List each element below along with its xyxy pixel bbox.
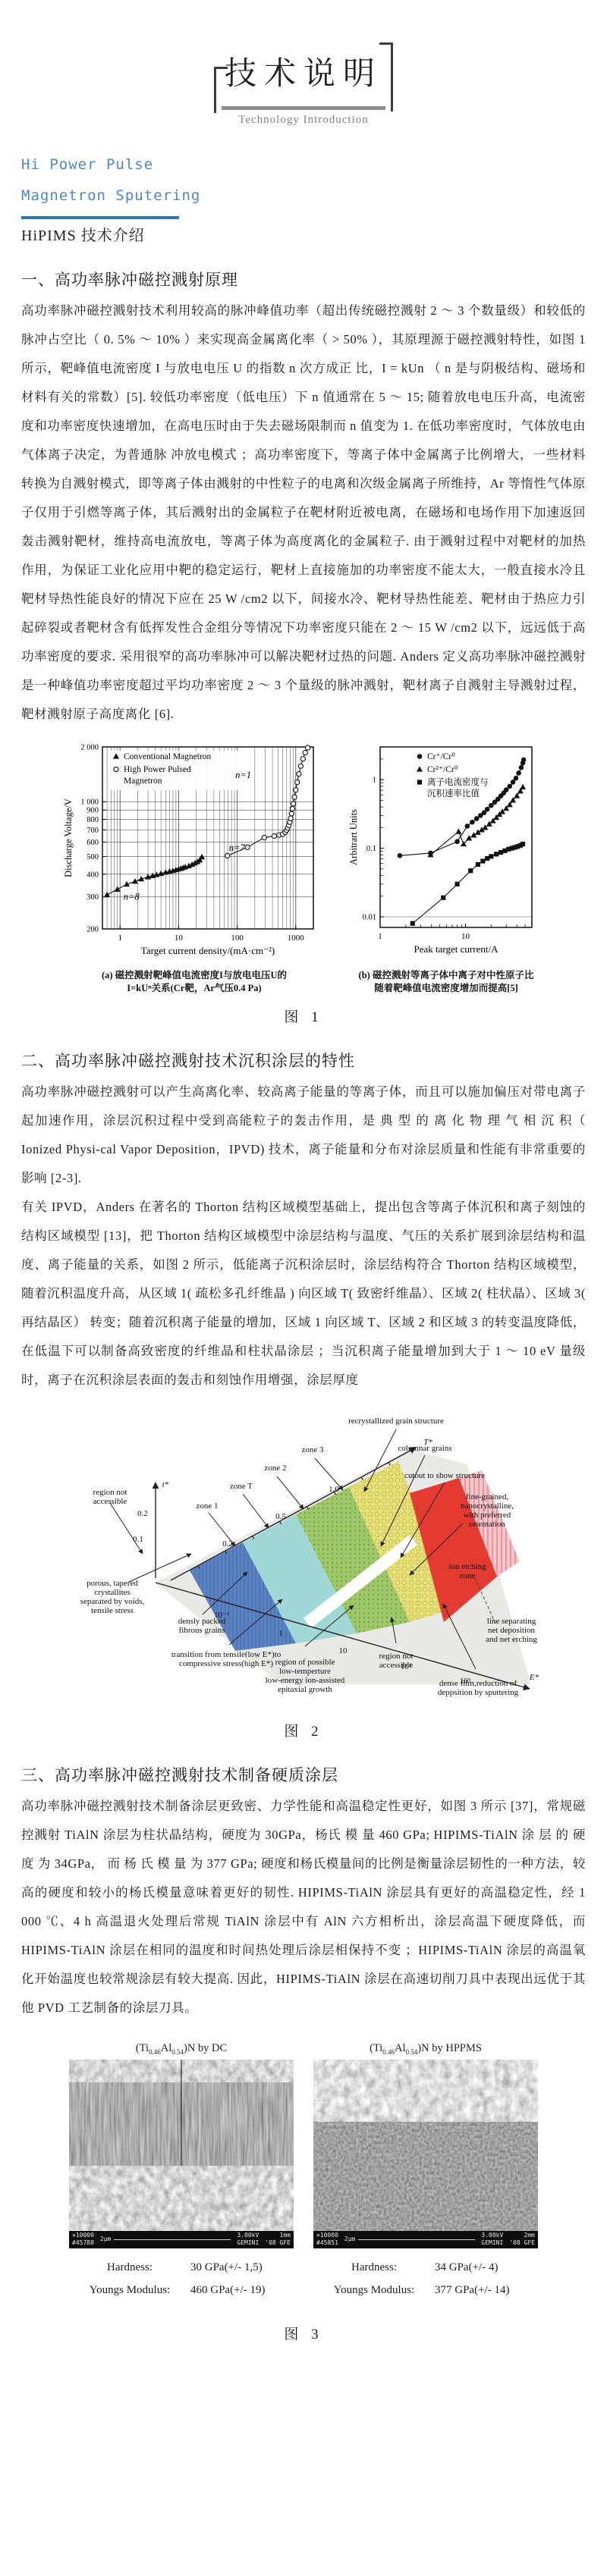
svg-text:离子电流密度与: 离子电流密度与: [427, 777, 489, 787]
svg-text:0.1: 0.1: [366, 845, 376, 853]
svg-text:zone 3: zone 3: [301, 1445, 324, 1454]
figure-1-caption: 图 1: [21, 1006, 586, 1026]
svg-text:deppsition by sputtering: deppsition by sputtering: [438, 1688, 519, 1697]
chart-a-caption-line-1: (a) 磁控溅射靶峰值电流密度I与放电电压U的: [102, 969, 287, 982]
chart-a-caption-line-2: I=kUⁿ关系(Cr靶，Ar气压0.4 Pa): [127, 982, 261, 995]
svg-text:10: 10: [461, 932, 470, 941]
svg-text:recrystallized grain structure: recrystallized grain structure: [348, 1417, 444, 1426]
sem-hppms-stats: Hardness: 34 GPa(+/- 4) Youngs Modulus: …: [313, 2256, 538, 2301]
hipims-heading: HiPIMS 技术介绍: [21, 223, 586, 245]
svg-text:zone 2: zone 2: [264, 1464, 286, 1473]
svg-text:Arbitrart Units: Arbitrart Units: [348, 809, 359, 865]
svg-text:10: 10: [175, 933, 184, 943]
svg-text:10: 10: [339, 1646, 348, 1655]
intro-line-2: Magnetron Sputering: [21, 180, 586, 212]
svg-text:0.01: 0.01: [363, 913, 376, 921]
svg-text:orientation: orientation: [469, 1520, 505, 1529]
chart-b-caption-line-1: (b) 磁控溅射等离子体中离子对中性原子比: [359, 969, 534, 982]
svg-text:2 000: 2 000: [80, 744, 99, 752]
svg-text:E*: E*: [529, 1673, 539, 1682]
sem-dc-fracture-band: [69, 2166, 294, 2231]
figure-3-panels: (Ti0.46Al0.54)N by DC: [21, 2042, 586, 2301]
svg-text:transition from tensile(low E*: transition from tensile(low E*)to: [171, 1650, 281, 1659]
intro-block: Hi Power Pulse Magnetron Sputering HiPIM…: [21, 149, 586, 245]
svg-text:1: 1: [118, 933, 122, 943]
sem-hppms-scale-label: 2μm: [344, 2236, 355, 2243]
sem-image-dc: [69, 2060, 294, 2231]
svg-text:with preferred: with preferred: [464, 1511, 511, 1520]
svg-text:200: 200: [86, 926, 99, 934]
svg-text:region not: region not: [93, 1488, 127, 1497]
svg-text:columnar grains: columnar grains: [398, 1444, 451, 1453]
svg-text:zone 1: zone 1: [196, 1501, 218, 1511]
bracket-left-decoration: [214, 67, 228, 113]
sem-hppms-image-id: #45851: [316, 2239, 338, 2247]
figure-2-caption: 图 2: [21, 1720, 586, 1740]
svg-text:compressive stress(high E*): compressive stress(high E*): [179, 1659, 273, 1668]
svg-text:沉积速率比值: 沉积速率比值: [427, 788, 480, 799]
svg-text:1000: 1000: [288, 933, 305, 943]
sem-hppms-voltage: 3.00kV: [481, 2232, 503, 2239]
intro-underline: [21, 216, 179, 219]
figure-3: (Ti0.46Al0.54)N by DC: [21, 2042, 586, 2343]
svg-text:400: 400: [86, 871, 99, 879]
figure-1-chart-a-column: 2003004005006007008009001 0002 000110100…: [61, 736, 327, 995]
svg-text:zone T: zone T: [230, 1482, 253, 1491]
svg-text:region of possible: region of possible: [275, 1658, 335, 1667]
page-subtitle: Technology Introduction: [222, 114, 385, 127]
sem-hppms-working-distance: 2mm: [509, 2232, 535, 2239]
sem-hppms-statusbar: ×10000 #45851 2μm 3.00kV GEMINI 2mm: [313, 2231, 538, 2248]
sem-dc-working-distance: 1mm: [265, 2232, 291, 2239]
svg-text:600: 600: [86, 839, 99, 847]
sem-hppms-youngs-value: 377 GPa(+/- 14): [435, 2279, 509, 2301]
sem-hppms-date: '08 GFE: [509, 2239, 535, 2247]
svg-text:Cr⁺/Cr⁰: Cr⁺/Cr⁰: [427, 752, 455, 761]
section-1: 一、高功率脉冲磁控溅射原理 高功率脉冲磁控溅射技术利用较高的脉冲峰值功率（超出传…: [21, 268, 586, 729]
svg-text:epitaxial growth: epitaxial growth: [278, 1685, 332, 1694]
svg-text:net deposition: net deposition: [488, 1626, 536, 1635]
figure-1-chart-b-column: 0.010.11110Peak target current/AArbitrar…: [347, 736, 546, 995]
sem-hppms-detector: GEMINI: [481, 2239, 503, 2247]
section-2-paragraph-1: 高功率脉冲磁控溅射可以产生高离化率、较高离子能量的等离子体，而且可以施加偏压对带…: [21, 1078, 586, 1193]
svg-text:0.2: 0.2: [222, 1539, 233, 1548]
svg-text:line separating: line separating: [487, 1617, 536, 1626]
section-2: 二、高功率脉冲磁控溅射技术沉积涂层的特性 高功率脉冲磁控溅射可以产生高离化率、较…: [21, 1049, 586, 1395]
svg-text:500: 500: [86, 853, 99, 861]
svg-text:Target current density/(mA·cm⁻: Target current density/(mA·cm⁻²): [141, 945, 275, 956]
svg-text:low-energy ion-assisted: low-energy ion-assisted: [266, 1676, 345, 1685]
svg-text:700: 700: [86, 827, 99, 835]
sem-hppms-hardness-value: 34 GPa(+/- 4): [435, 2256, 498, 2279]
svg-text:1: 1: [378, 932, 382, 941]
svg-text:1: 1: [278, 1629, 283, 1638]
sem-dc-detector: GEMINI: [237, 2239, 259, 2247]
svg-text:Peak target current/A: Peak target current/A: [414, 943, 499, 955]
figure-1-chart-a: 2003004005006007008009001 0002 000110100…: [61, 736, 327, 967]
sem-dc-hardness-label: Hardness:: [69, 2256, 190, 2279]
svg-text:fine-grained,: fine-grained,: [466, 1492, 509, 1501]
bracket-right-decoration: [379, 42, 393, 111]
svg-text:nanocrystalline,: nanocrystalline,: [461, 1501, 514, 1511]
sem-dc-youngs-label: Youngs Modulus:: [69, 2279, 190, 2301]
svg-text:1 000: 1 000: [80, 799, 99, 807]
document-page: 技术说明 Technology Introduction Hi Power Pu…: [0, 0, 607, 2576]
sem-dc-magnification: ×10000: [72, 2232, 94, 2239]
document-content: Hi Power Pulse Magnetron Sputering HiPIM…: [0, 149, 607, 2343]
figure-2-zone-diagram: region notaccessiblet*zone 1zone Tzone 2…: [53, 1402, 554, 1705]
sem-dc-scale-label: 2μm: [100, 2236, 111, 2243]
sem-panel-dc-title: (Ti0.46Al0.54)N by DC: [69, 2042, 294, 2056]
svg-text:and net erching: and net erching: [486, 1635, 537, 1644]
svg-text:ion etching: ion etching: [448, 1562, 486, 1571]
svg-text:n=1: n=1: [235, 770, 251, 780]
svg-text:separated by voids,: separated by voids,: [80, 1597, 145, 1606]
svg-text:100: 100: [231, 933, 244, 943]
figure-1-chart-b: 0.010.11110Peak target current/AArbitrar…: [347, 736, 546, 967]
section-2-paragraph-2: 有关 IPVD，Anders 在著名的 Thorton 结构区域模型基础上，提出…: [21, 1193, 586, 1395]
sem-panel-hppms: (Ti0.46Al0.54)N by HPPMS: [313, 2042, 538, 2301]
sem-hppms-youngs-label: Youngs Modulus:: [313, 2279, 435, 2301]
sem-dc-statusbar: ×10000 #45788 2μm 3.00kV GEMINI 1mm: [69, 2231, 294, 2248]
figure-2: region notaccessiblet*zone 1zone Tzone 2…: [21, 1402, 586, 1740]
sem-hppms-top-rough-band: [313, 2060, 538, 2122]
sem-image-hppms: [313, 2060, 538, 2231]
svg-text:t*: t*: [162, 1480, 169, 1489]
title-block: 技术说明 Technology Introduction: [222, 44, 385, 127]
figure-1-charts: 2003004005006007008009001 0002 000110100…: [21, 736, 586, 995]
svg-text:n=8: n=8: [124, 892, 140, 902]
sem-hppms-hardness-label: Hardness:: [313, 2256, 435, 2279]
svg-text:cutout to show structure: cutout to show structure: [404, 1471, 485, 1480]
svg-text:accessible: accessible: [93, 1497, 127, 1506]
svg-text:accessible: accessible: [379, 1661, 414, 1670]
section-1-heading: 一、高功率脉冲磁控溅射原理: [21, 268, 586, 290]
intro-line-1: Hi Power Pulse: [21, 149, 586, 180]
svg-text:dense film,reduction of: dense film,reduction of: [439, 1679, 517, 1688]
sem-panel-dc: (Ti0.46Al0.54)N by DC: [69, 2042, 294, 2301]
sem-dc-youngs-value: 460 GPa(+/- 19): [190, 2279, 265, 2301]
svg-text:800: 800: [86, 816, 99, 824]
sem-hppms-dense-band: [313, 2122, 538, 2231]
svg-text:10⁻¹: 10⁻¹: [214, 1611, 229, 1620]
svg-text:tensile stress: tensile stress: [91, 1606, 134, 1615]
svg-text:zone: zone: [460, 1571, 476, 1580]
svg-text:porous, tapered: porous, tapered: [86, 1579, 138, 1588]
svg-text:crystallites: crystallites: [94, 1588, 131, 1597]
title-underline: [222, 106, 385, 110]
section-1-paragraph-1: 高功率脉冲磁控溅射技术利用较高的脉冲峰值功率（超出传统磁控溅射 2 ～ 3 个数…: [21, 297, 586, 729]
sem-panel-hppms-title: (Ti0.46Al0.54)N by HPPMS: [313, 2042, 538, 2056]
svg-text:0.5: 0.5: [275, 1512, 286, 1521]
sem-hppms-scale-bar: [358, 2239, 475, 2240]
sem-dc-hardness-value: 30 GPa(+/- 1,5): [190, 2256, 263, 2279]
svg-text:300: 300: [86, 893, 99, 902]
section-3-heading: 三、高功率脉冲磁控溅射技术制备硬质涂层: [21, 1763, 586, 1786]
svg-text:Magnetron: Magnetron: [124, 777, 162, 786]
svg-text:0.1: 0.1: [133, 1535, 143, 1544]
sem-dc-image-id: #45788: [72, 2239, 94, 2247]
svg-text:Cr²⁺/Cr⁰: Cr²⁺/Cr⁰: [427, 765, 458, 774]
svg-text:0.2: 0.2: [137, 1509, 148, 1518]
figure-1: 2003004005006007008009001 0002 000110100…: [21, 736, 586, 1026]
svg-text:Conventional Magnetron: Conventional Magnetron: [124, 752, 212, 761]
svg-text:High Power Pulsed: High Power Pulsed: [124, 765, 191, 774]
section-3: 三、高功率脉冲磁控溅射技术制备硬质涂层 高功率脉冲磁控溅射技术制备涂层更致密、力…: [21, 1763, 586, 2022]
svg-text:n=7: n=7: [229, 842, 246, 853]
section-3-paragraph-1: 高功率脉冲磁控溅射技术制备涂层更致密、力学性能和高温稳定性更好，如图 3 所示 …: [21, 1792, 586, 2022]
sem-dc-stats: Hardness: 30 GPa(+/- 1,5) Youngs Modulus…: [69, 2256, 294, 2301]
section-2-heading: 二、高功率脉冲磁控溅射技术沉积涂层的特性: [21, 1049, 586, 1072]
sem-dc-voltage: 3.00kV: [237, 2232, 259, 2239]
page-title: 技术说明: [222, 44, 385, 105]
svg-text:900: 900: [86, 807, 99, 815]
svg-text:1.0: 1.0: [329, 1485, 339, 1494]
svg-text:region not: region not: [379, 1652, 414, 1661]
chart-b-caption-line-2: 随着靶峰值电流密度增加而提高[5]: [374, 982, 518, 995]
svg-text:Discharge Voltage/V: Discharge Voltage/V: [63, 799, 74, 877]
svg-text:fibrous grains: fibrous grains: [179, 1626, 225, 1635]
svg-text:1: 1: [373, 777, 376, 785]
figure-3-caption: 图 3: [21, 2323, 586, 2343]
svg-text:low-temperture: low-temperture: [279, 1667, 331, 1676]
sem-hppms-magnification: ×10000: [316, 2232, 338, 2239]
sem-dc-scale-bar: [114, 2239, 231, 2240]
sem-dc-date: '08 GFE: [265, 2239, 291, 2247]
